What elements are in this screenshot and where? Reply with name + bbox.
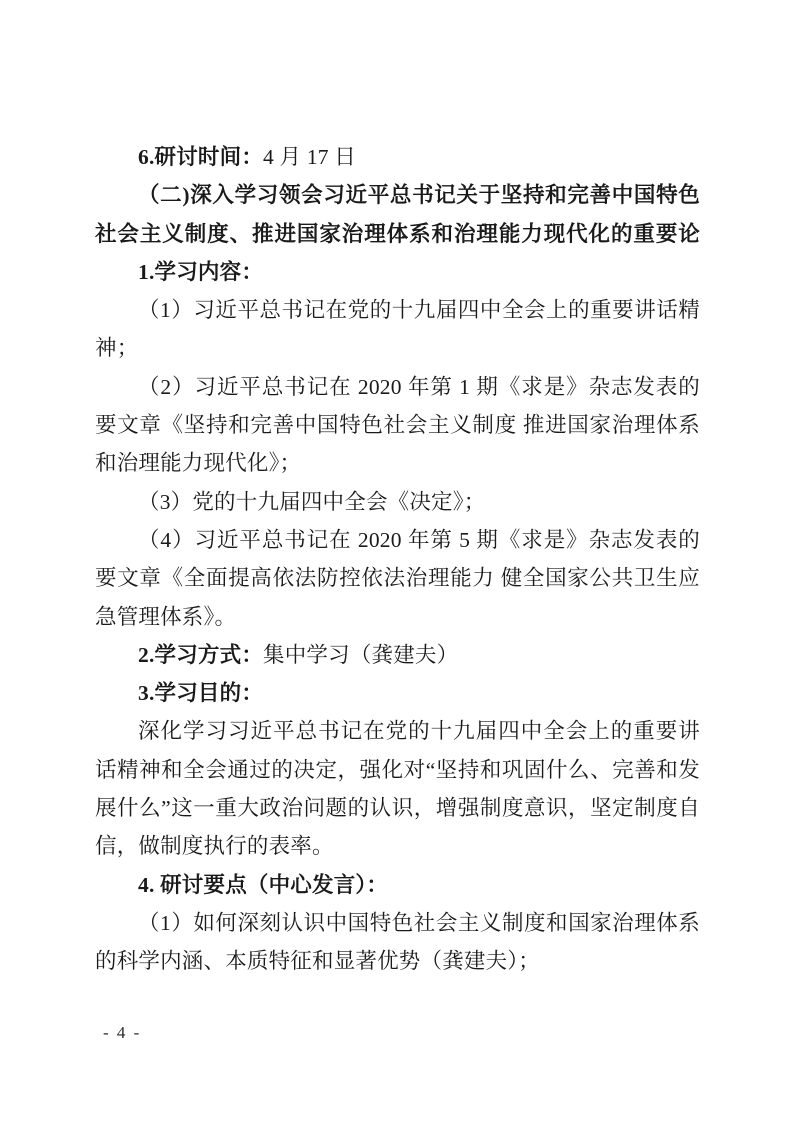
text-run: 深化学习习近平总书记在党的十九届四中全会上的重要讲 [138,719,700,743]
bold-text-run: 3.学习目的： [138,681,263,705]
text-line: 社会主义制度、推进国家治理体系和治理能力现代化的重要论述 [95,215,700,253]
text-run: 的科学内涵、本质特征和显著优势（龚建夫）； [95,949,540,973]
text-line: 的科学内涵、本质特征和显著优势（龚建夫）； [95,942,700,980]
text-line: （二)深入学习领会习近平总书记关于坚持和完善中国特色 [95,176,700,214]
bold-text-run: （二)深入学习领会习近平总书记关于坚持和完善中国特色 [138,183,700,207]
text-line: 深化学习习近平总书记在党的十九届四中全会上的重要讲 [95,712,700,750]
bold-text-run: 1.学习内容： [138,260,263,284]
text-line: （1）如何深刻认识中国特色社会主义制度和国家治理体系 [95,904,700,942]
text-run: 急管理体系》。 [95,605,236,629]
text-line: （4）习近平总书记在 2020 年第 5 期《求是》杂志发表的重 [95,521,700,559]
text-run: （4）习近平总书记在 2020 年第 5 期《求是》杂志发表的重 [95,528,700,559]
text-run: 信，做制度执行的表率。 [95,834,334,858]
text-line: （2）习近平总书记在 2020 年第 1 期《求是》杂志发表的重 [95,368,700,406]
page-number: - 4 - [103,1022,141,1044]
text-line: 话精神和全会通过的决定，强化对“坚持和巩固什么、完善和发 [95,751,700,789]
text-run: （1）习近平总书记在党的十九届四中全会上的重要讲话精 [138,298,700,322]
text-line: 急管理体系》。 [95,598,700,636]
text-run: 要文章《坚持和完善中国特色社会主义制度 推进国家治理体系 [95,413,700,437]
text-run: 展什么”这一重大政治问题的认识，增强制度意识，坚定制度自 [95,796,700,820]
text-run: （3）党的十九届四中全会《决定》； [138,490,485,514]
document-page: 6.研讨时间：4 月 17 日（二)深入学习领会习近平总书记关于坚持和完善中国特… [0,0,793,1122]
text-line: 神； [95,329,700,367]
bold-text-run: 4. 研讨要点（中心发言）： [138,873,388,897]
text-run: 话精神和全会通过的决定，强化对“坚持和巩固什么、完善和发 [95,758,700,782]
bold-text-run: 社会主义制度、推进国家治理体系和治理能力现代化的重要论述 [95,222,700,253]
text-line: 和治理能力现代化》； [95,444,700,482]
text-line: 信，做制度执行的表率。 [95,827,700,865]
text-line: 2.学习方式：集中学习（龚建夫） [95,636,700,674]
text-line: 要文章《坚持和完善中国特色社会主义制度 推进国家治理体系 [95,406,700,444]
text-line: 要文章《全面提高依法防控依法治理能力 健全国家公共卫生应 [95,559,700,597]
text-line: （3）党的十九届四中全会《决定》； [95,483,700,521]
text-line: 1.学习内容： [95,253,700,291]
bold-text-run: 6.研讨时间： [138,145,263,169]
text-run: （2）习近平总书记在 2020 年第 1 期《求是》杂志发表的重 [95,375,700,406]
text-run: 4 月 17 日 [263,145,356,169]
text-run: 集中学习（龚建夫） [263,643,458,667]
text-line: 3.学习目的： [95,674,700,712]
document-body: 6.研讨时间：4 月 17 日（二)深入学习领会习近平总书记关于坚持和完善中国特… [95,138,700,981]
text-run: 要文章《全面提高依法防控依法治理能力 健全国家公共卫生应 [95,566,700,590]
bold-text-run: 2.学习方式： [138,643,263,667]
text-run: 和治理能力现代化》； [95,451,301,475]
text-run: （1）如何深刻认识中国特色社会主义制度和国家治理体系 [138,911,700,935]
text-run: 神； [95,336,138,360]
text-line: （1）习近平总书记在党的十九届四中全会上的重要讲话精 [95,291,700,329]
text-line: 展什么”这一重大政治问题的认识，增强制度意识，坚定制度自 [95,789,700,827]
text-line: 4. 研讨要点（中心发言）： [95,866,700,904]
text-line: 6.研讨时间：4 月 17 日 [95,138,700,176]
